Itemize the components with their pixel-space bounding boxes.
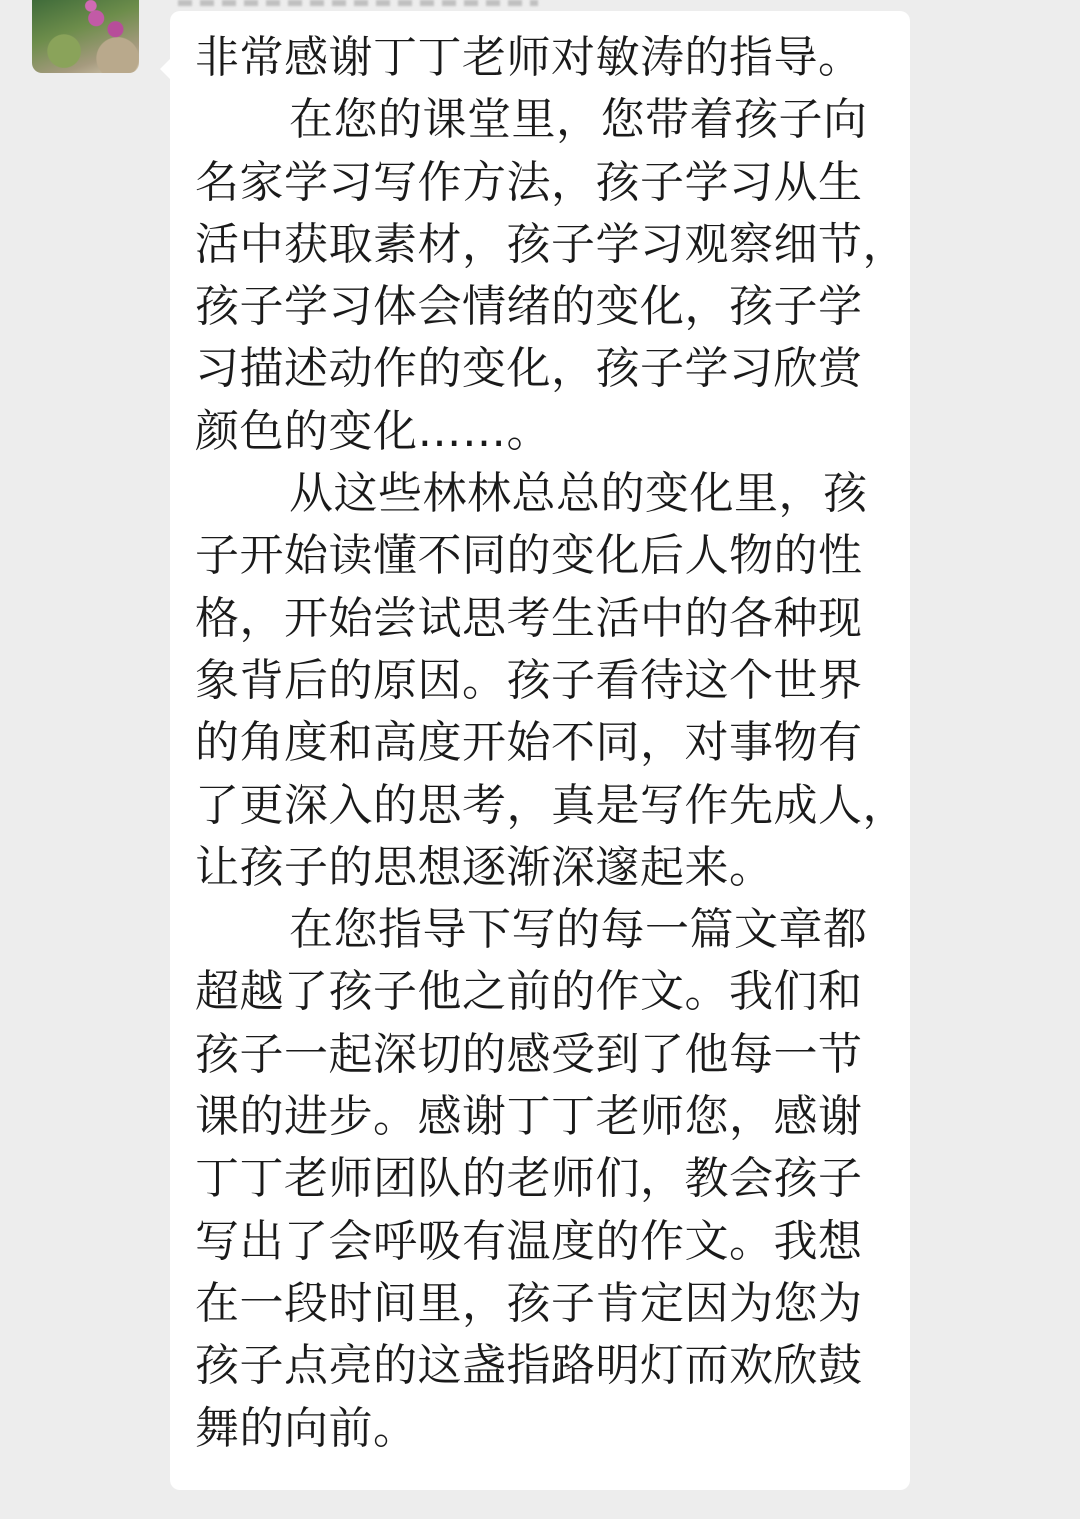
message-line: 孩子一起深切的感受到了他每一节	[195, 1024, 892, 1086]
message-line: 舞的向前。	[195, 1398, 892, 1460]
message-line: 的角度和高度开始不同，对事物有	[195, 712, 892, 774]
message-line: 非常感谢丁丁老师对敏涛的指导。	[195, 27, 892, 89]
message-line: 孩子学习体会情绪的变化，孩子学	[195, 276, 892, 338]
message-text: 非常感谢丁丁老师对敏涛的指导。 在您的课堂里，您带着孩子向 名家学习写作方法，孩…	[195, 27, 892, 1460]
message-line: 了更深入的思考，真是写作先成人，	[195, 775, 892, 837]
message-line: 名家学习写作方法，孩子学习从生	[195, 152, 892, 214]
message-line: 写出了会呼吸有温度的作文。我想	[195, 1211, 892, 1273]
message-line: 在一段时间里，孩子肯定因为您为	[195, 1273, 892, 1335]
message-line: 孩子点亮的这盏指路明灯而欢欣鼓	[195, 1335, 892, 1397]
message-line: 活中获取素材，孩子学习观察细节，	[195, 214, 892, 276]
message-line: 在您的课堂里，您带着孩子向	[195, 89, 892, 151]
message-line: 从这些林林总总的变化里，孩	[195, 463, 892, 525]
message-line: 让孩子的思想逐渐深邃起来。	[195, 837, 892, 899]
message-line: 丁丁老师团队的老师们，教会孩子	[195, 1148, 892, 1210]
message-line: 象背后的原因。孩子看待这个世界	[195, 650, 892, 712]
message-line: 超越了孩子他之前的作文。我们和	[195, 961, 892, 1023]
message-bubble[interactable]: 非常感谢丁丁老师对敏涛的指导。 在您的课堂里，您带着孩子向 名家学习写作方法，孩…	[170, 11, 910, 1490]
message-line: 在您指导下写的每一篇文章都	[195, 899, 892, 961]
sender-avatar[interactable]	[32, 0, 139, 73]
message-line: 子开始读懂不同的变化后人物的性	[195, 525, 892, 587]
message-line: 颜色的变化……。	[195, 401, 892, 463]
message-line: 格，开始尝试思考生活中的各种现	[195, 588, 892, 650]
sender-nickname-cropped	[178, 0, 538, 6]
message-line: 习描述动作的变化，孩子学习欣赏	[195, 338, 892, 400]
message-line: 课的进步。感谢丁丁老师您，感谢	[195, 1086, 892, 1148]
